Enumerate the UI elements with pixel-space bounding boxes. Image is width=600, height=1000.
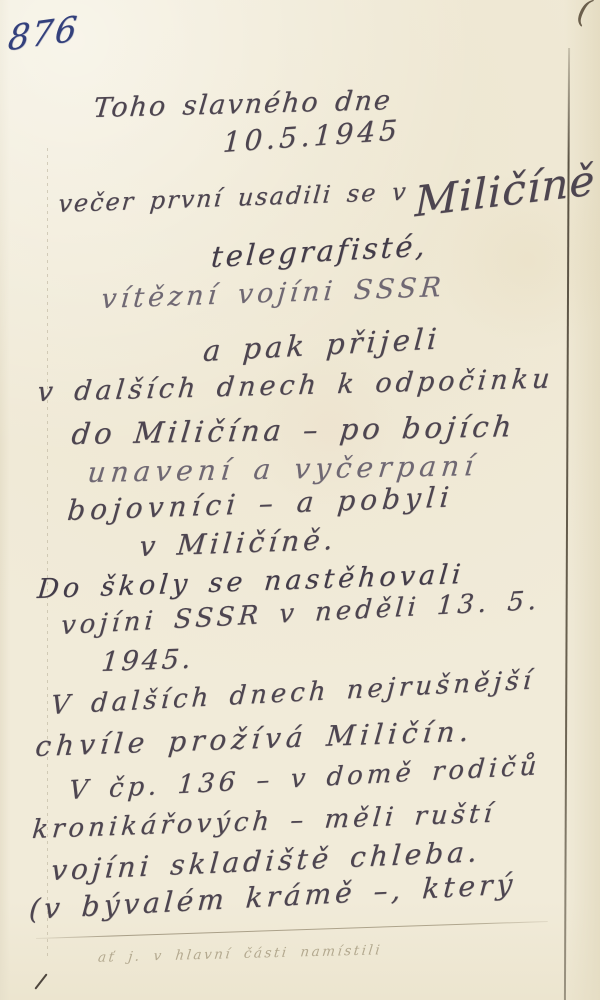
manuscript-line: do Miličína – po bojích: [70, 409, 517, 451]
manuscript-line: chvíle prožívá Miličín.: [34, 715, 475, 763]
manuscript-line: V čp. 136 – v domě rodičů: [68, 751, 541, 806]
page-number: 876: [6, 9, 81, 60]
pencil-underline: [36, 921, 548, 939]
scanned-chronicle-page: 876 ( Toho slavného dne 10.5.1945 večer …: [0, 0, 600, 1000]
manuscript-line: a pak přijeli: [202, 321, 442, 368]
manuscript-line: v dalších dnech k odpočinku: [36, 363, 555, 408]
manuscript-line-text: večer první usadili se v: [57, 178, 409, 218]
manuscript-line: 1945.: [100, 644, 195, 678]
manuscript-line: v Miličíně.: [138, 523, 338, 563]
manuscript-line: telegrafisté,: [210, 228, 429, 274]
manuscript-line: vítězní vojíni SSSR: [100, 272, 446, 315]
pencil-annotation: ať j. v hlavní části namístili: [97, 942, 383, 965]
pencil-tick-mark: [34, 973, 47, 989]
corner-ink-mark: (: [574, 0, 595, 31]
manuscript-line: večer první usadili se vMiličíně: [56, 163, 598, 231]
manuscript-line-date: 10.5.1945: [222, 113, 402, 159]
